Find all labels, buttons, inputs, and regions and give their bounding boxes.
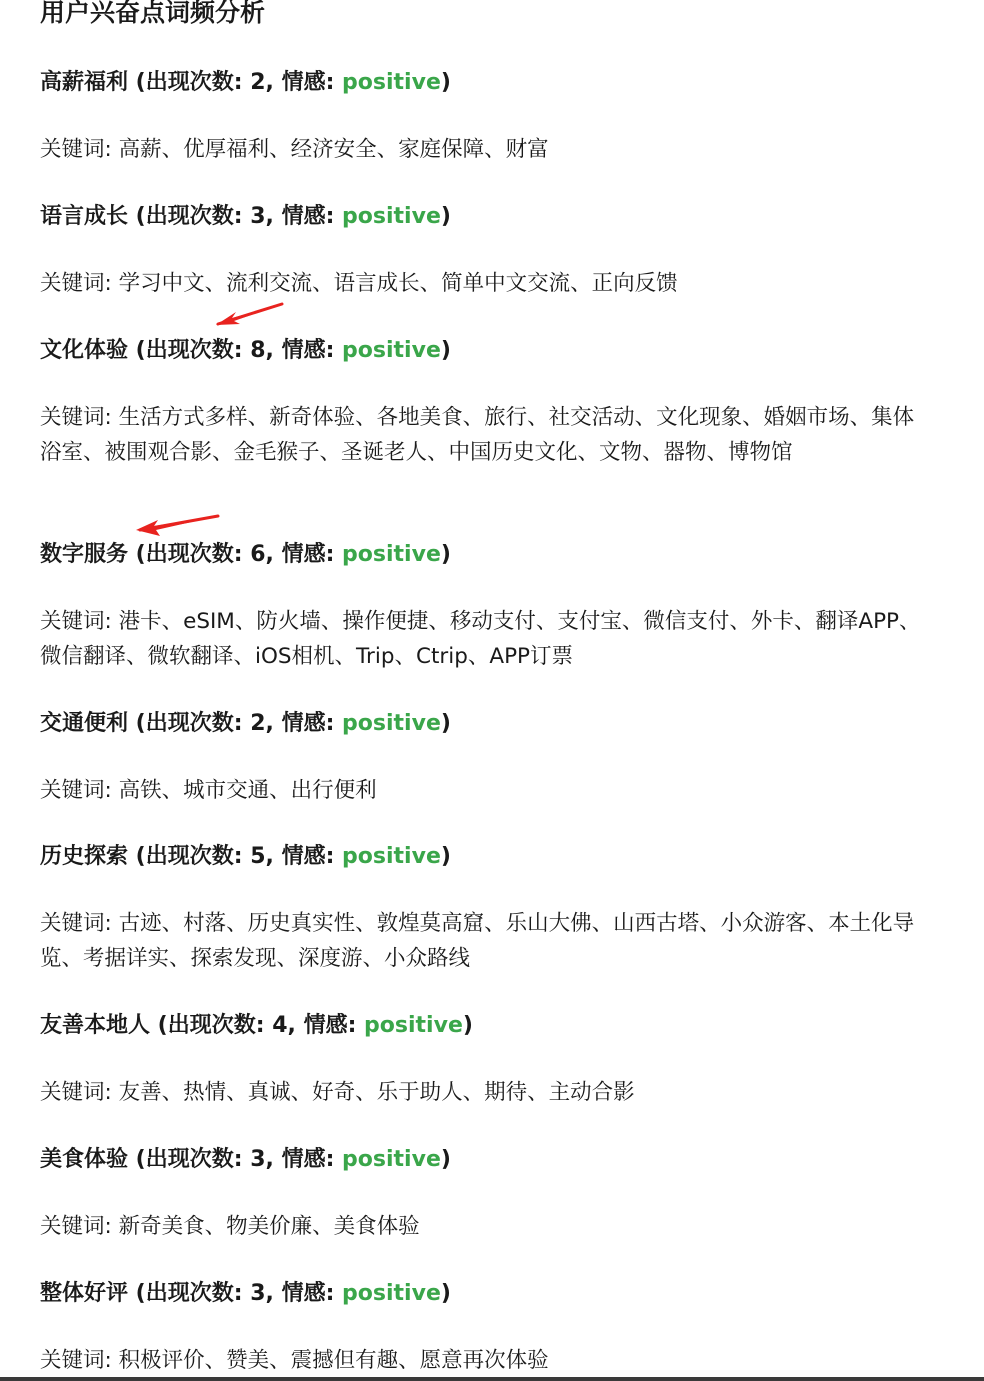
count-label: 出现次数 — [146, 338, 234, 363]
keywords-list: 积极评价、赞美、震撼但有趣、愿意再次体验 — [119, 1348, 549, 1373]
count-value: 3 — [250, 1147, 265, 1172]
keywords-label: 关键词 — [40, 1348, 105, 1373]
keywords-line: 关键词: 友善、热情、真诚、好奇、乐于助人、期待、主动合影 — [40, 1075, 935, 1110]
count-value: 2 — [250, 711, 265, 736]
keywords-line: 关键词: 积极评价、赞美、震撼但有趣、愿意再次体验 — [40, 1343, 935, 1378]
count-value: 3 — [250, 204, 265, 229]
sentiment-value: positive — [342, 338, 441, 363]
sentiment-label: 情感 — [282, 542, 326, 567]
count-value: 8 — [250, 338, 265, 363]
keywords-label: 关键词 — [40, 1214, 105, 1239]
keywords-line: 关键词: 生活方式多样、新奇体验、各地美食、旅行、社交活动、文化现象、婚姻市场、… — [40, 400, 935, 470]
keywords-list: 港卡、eSIM、防火墙、操作便捷、移动支付、支付宝、微信支付、外卡、翻译APP、… — [40, 609, 921, 669]
sentiment-value: positive — [342, 1147, 441, 1172]
sentiment-label: 情感 — [282, 1147, 326, 1172]
sentiment-value: positive — [342, 204, 441, 229]
topic-name: 数字服务 — [40, 542, 128, 567]
keywords-list: 学习中文、流利交流、语言成长、简单中文交流、正向反馈 — [119, 271, 678, 296]
keywords-label: 关键词 — [40, 405, 105, 430]
section-heading: 交通便利 (出现次数: 2, 情感: positive) — [40, 708, 451, 740]
sentiment-label: 情感 — [282, 338, 326, 363]
annotation-arrow-icon — [132, 510, 222, 538]
sentiment-value: positive — [342, 711, 441, 736]
sentiment-label: 情感 — [282, 711, 326, 736]
section-heading: 语言成长 (出现次数: 3, 情感: positive) — [40, 201, 451, 233]
sentiment-label: 情感 — [282, 1281, 326, 1306]
keywords-line: 关键词: 学习中文、流利交流、语言成长、简单中文交流、正向反馈 — [40, 266, 935, 301]
keywords-label: 关键词 — [40, 609, 105, 634]
keywords-label: 关键词 — [40, 137, 105, 162]
topic-name: 友善本地人 — [40, 1013, 150, 1038]
count-label: 出现次数 — [146, 1281, 234, 1306]
keywords-list: 新奇美食、物美价廉、美食体验 — [119, 1214, 420, 1239]
topic-name: 高薪福利 — [40, 70, 128, 95]
keywords-line: 关键词: 高薪、优厚福利、经济安全、家庭保障、财富 — [40, 132, 935, 167]
sentiment-label: 情感 — [282, 204, 326, 229]
count-label: 出现次数 — [146, 844, 234, 869]
page-title: 用户兴奋点词频分析 — [40, 0, 265, 30]
keywords-list: 高薪、优厚福利、经济安全、家庭保障、财富 — [119, 137, 549, 162]
keywords-line: 关键词: 新奇美食、物美价廉、美食体验 — [40, 1209, 935, 1244]
topic-name: 交通便利 — [40, 711, 128, 736]
topic-name: 整体好评 — [40, 1281, 128, 1306]
keywords-list: 古迹、村落、历史真实性、敦煌莫高窟、乐山大佛、山西古塔、小众游客、本土化导览、考… — [40, 911, 914, 971]
topic-name: 历史探索 — [40, 844, 128, 869]
sentiment-value: positive — [342, 1281, 441, 1306]
keywords-label: 关键词 — [40, 911, 105, 936]
topic-name: 美食体验 — [40, 1147, 128, 1172]
sentiment-value: positive — [342, 70, 441, 95]
section-heading: 数字服务 (出现次数: 6, 情感: positive) — [40, 539, 451, 571]
count-label: 出现次数 — [146, 711, 234, 736]
keywords-list: 生活方式多样、新奇体验、各地美食、旅行、社交活动、文化现象、婚姻市场、集体浴室、… — [40, 405, 914, 465]
count-label: 出现次数 — [168, 1013, 256, 1038]
count-label: 出现次数 — [146, 542, 234, 567]
count-value: 3 — [250, 1281, 265, 1306]
sentiment-label: 情感 — [282, 70, 326, 95]
bottom-edge-bar — [0, 1377, 984, 1381]
sentiment-label: 情感 — [304, 1013, 348, 1038]
keywords-label: 关键词 — [40, 271, 105, 296]
count-value: 5 — [250, 844, 265, 869]
keywords-line: 关键词: 古迹、村落、历史真实性、敦煌莫高窟、乐山大佛、山西古塔、小众游客、本土… — [40, 906, 935, 976]
count-value: 2 — [250, 70, 265, 95]
keywords-list: 高铁、城市交通、出行便利 — [119, 778, 377, 803]
count-label: 出现次数 — [146, 70, 234, 95]
sentiment-label: 情感 — [282, 844, 326, 869]
topic-name: 语言成长 — [40, 204, 128, 229]
sentiment-value: positive — [342, 542, 441, 567]
keywords-label: 关键词 — [40, 1080, 105, 1105]
count-value: 6 — [250, 542, 265, 567]
sentiment-value: positive — [342, 844, 441, 869]
sentiment-value: positive — [364, 1013, 463, 1038]
count-label: 出现次数 — [146, 204, 234, 229]
keywords-line: 关键词: 高铁、城市交通、出行便利 — [40, 773, 935, 808]
section-heading: 高薪福利 (出现次数: 2, 情感: positive) — [40, 67, 451, 99]
section-heading: 友善本地人 (出现次数: 4, 情感: positive) — [40, 1010, 473, 1042]
section-heading: 历史探索 (出现次数: 5, 情感: positive) — [40, 841, 451, 873]
section-heading: 美食体验 (出现次数: 3, 情感: positive) — [40, 1144, 451, 1176]
count-value: 4 — [272, 1013, 287, 1038]
keywords-list: 友善、热情、真诚、好奇、乐于助人、期待、主动合影 — [119, 1080, 635, 1105]
section-heading: 文化体验 (出现次数: 8, 情感: positive) — [40, 335, 451, 367]
annotation-arrow-icon — [212, 300, 288, 330]
count-label: 出现次数 — [146, 1147, 234, 1172]
topic-name: 文化体验 — [40, 338, 128, 363]
keywords-line: 关键词: 港卡、eSIM、防火墙、操作便捷、移动支付、支付宝、微信支付、外卡、翻… — [40, 604, 935, 674]
section-heading: 整体好评 (出现次数: 3, 情感: positive) — [40, 1278, 451, 1310]
keywords-label: 关键词 — [40, 778, 105, 803]
